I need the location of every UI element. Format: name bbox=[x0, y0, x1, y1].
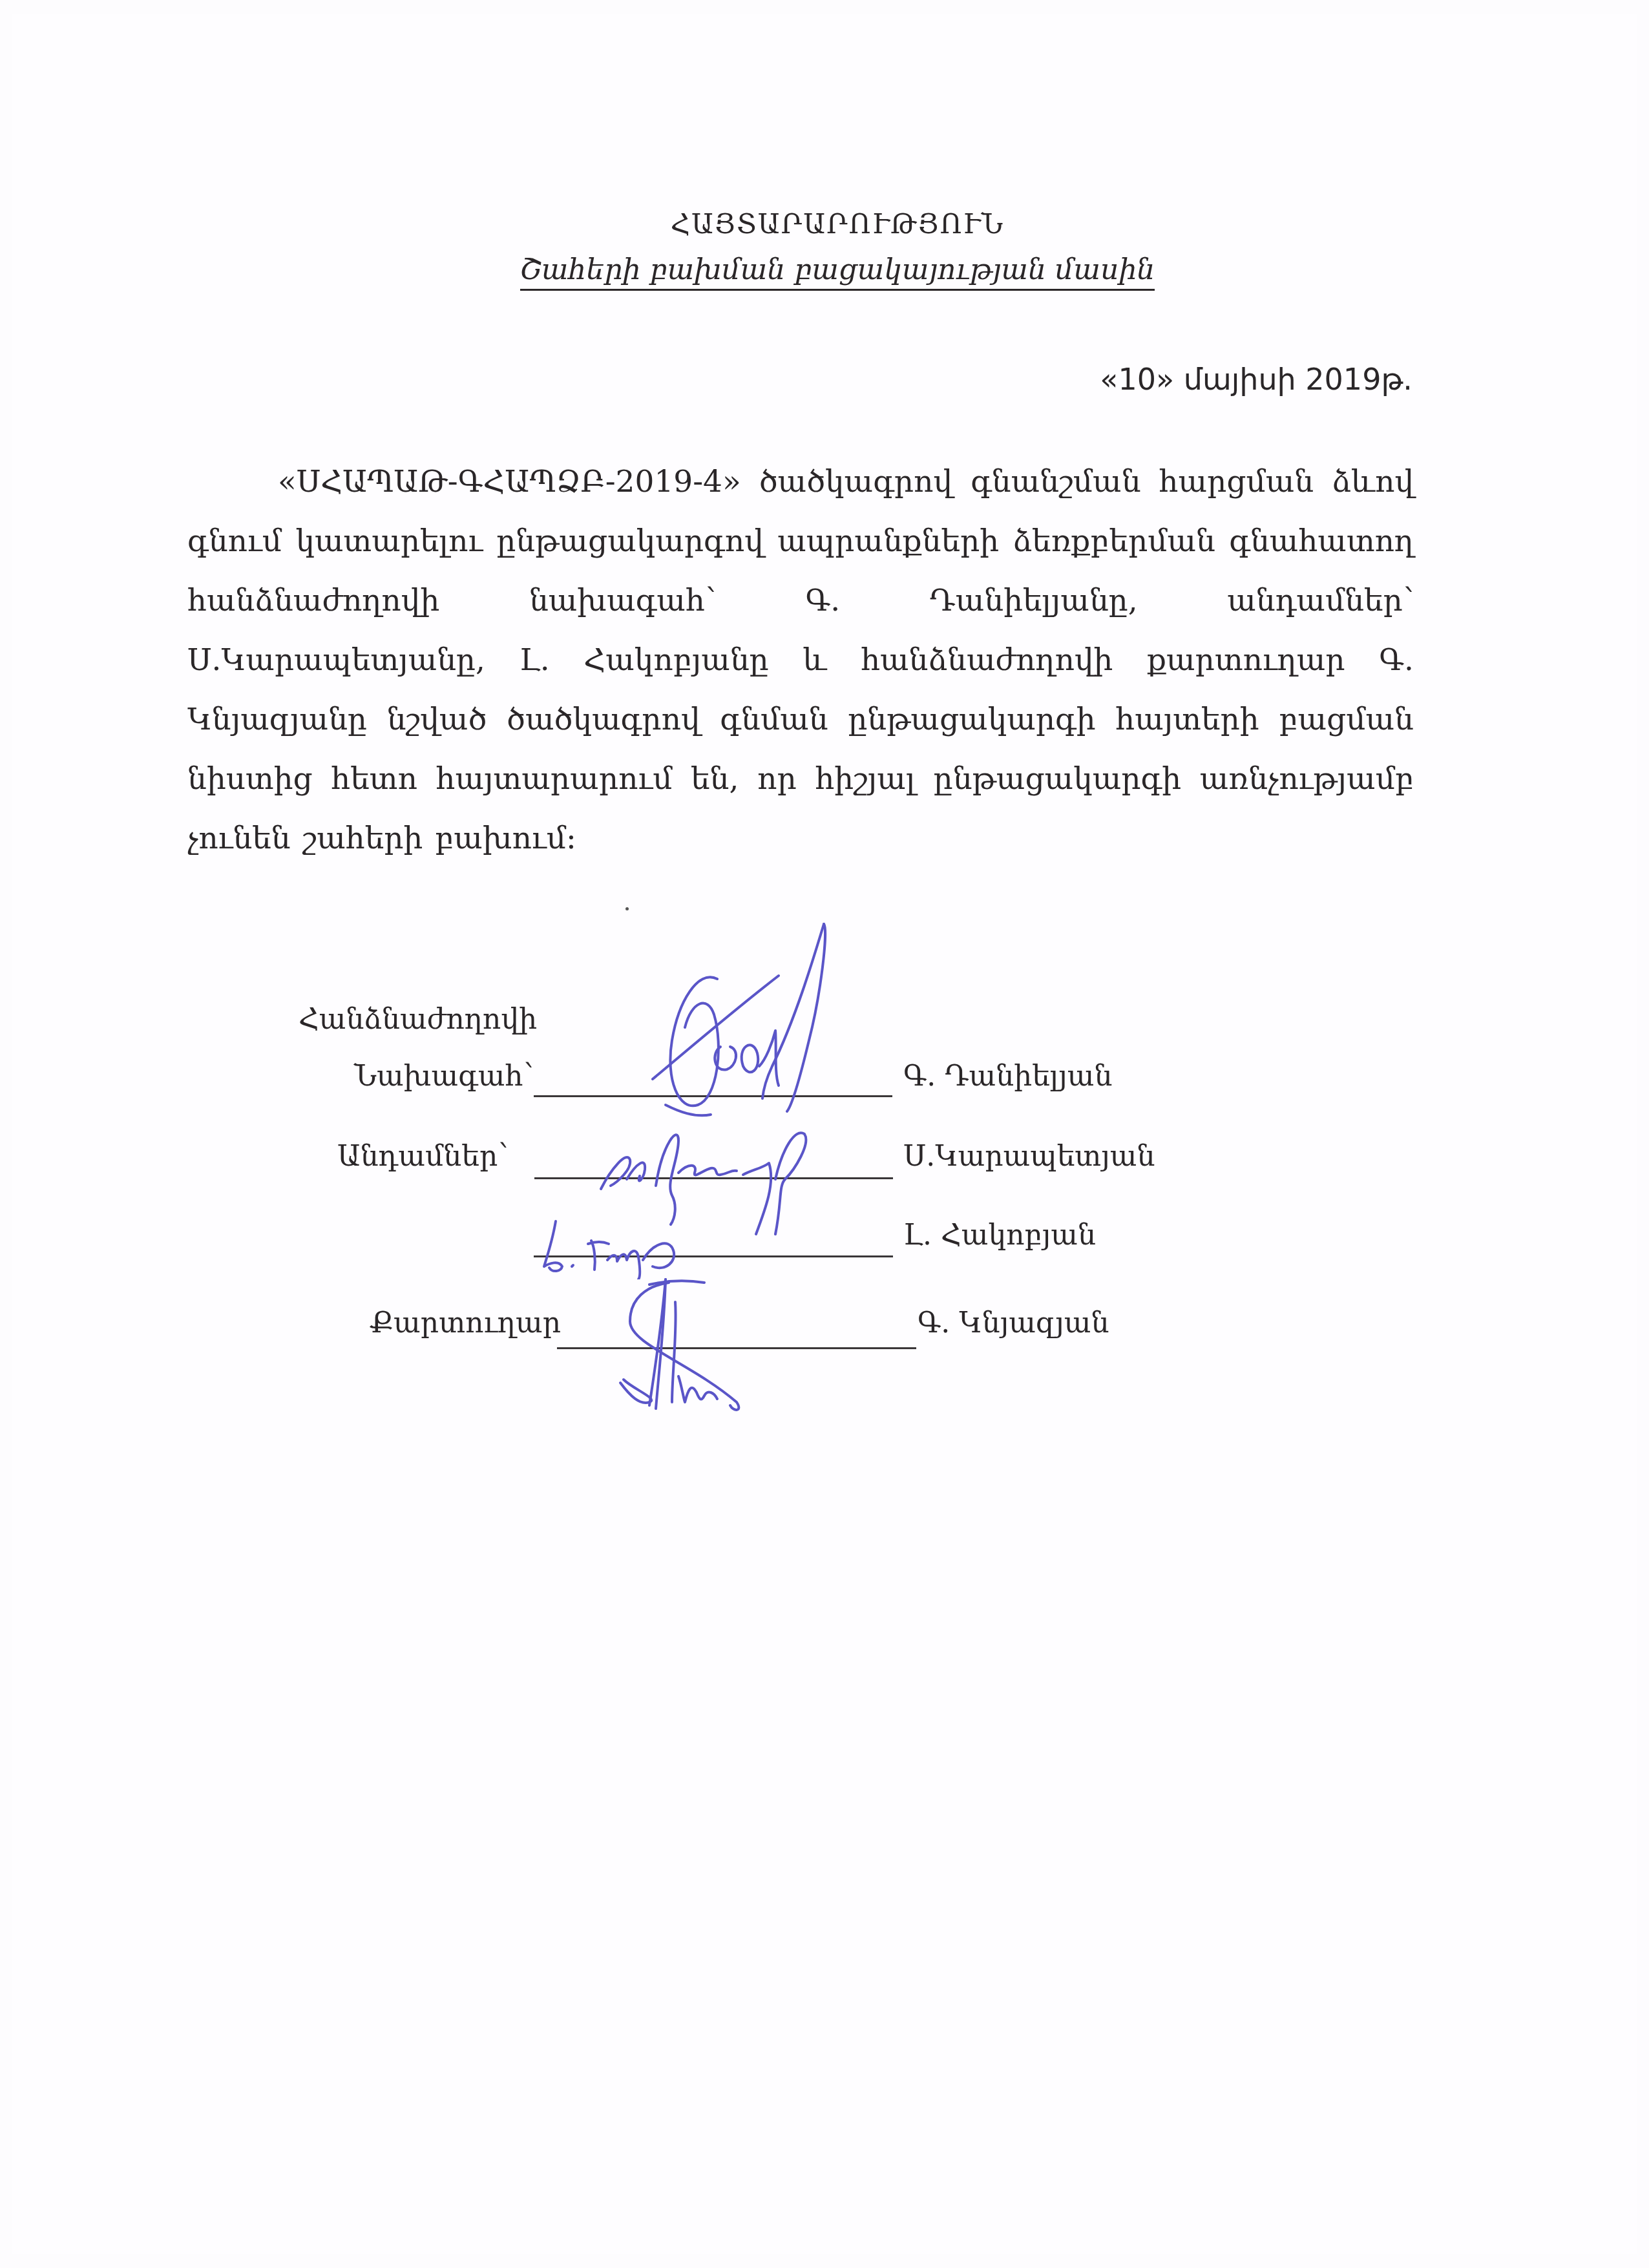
document-date: «10» մայիսի 2019թ. bbox=[1100, 362, 1413, 397]
document-title: ՀԱՅՏԱՐԱՐՈՒԹՅՈՒՆ bbox=[26, 208, 1649, 240]
scan-speck bbox=[625, 907, 629, 910]
secretary-signature-icon bbox=[594, 1266, 801, 1415]
subtitle-text: Շահերի բախման բացակայության մասին bbox=[520, 253, 1155, 291]
chair-signature-icon bbox=[640, 918, 872, 1124]
declaration-paragraph: «ՍՀԱՊԱԹ-ԳՀԱՊՁԲ-2019-4» ծածկագրով գնանշմա… bbox=[187, 452, 1414, 868]
document-subtitle: Շահերի բախման բացակայության մասին bbox=[26, 253, 1649, 286]
